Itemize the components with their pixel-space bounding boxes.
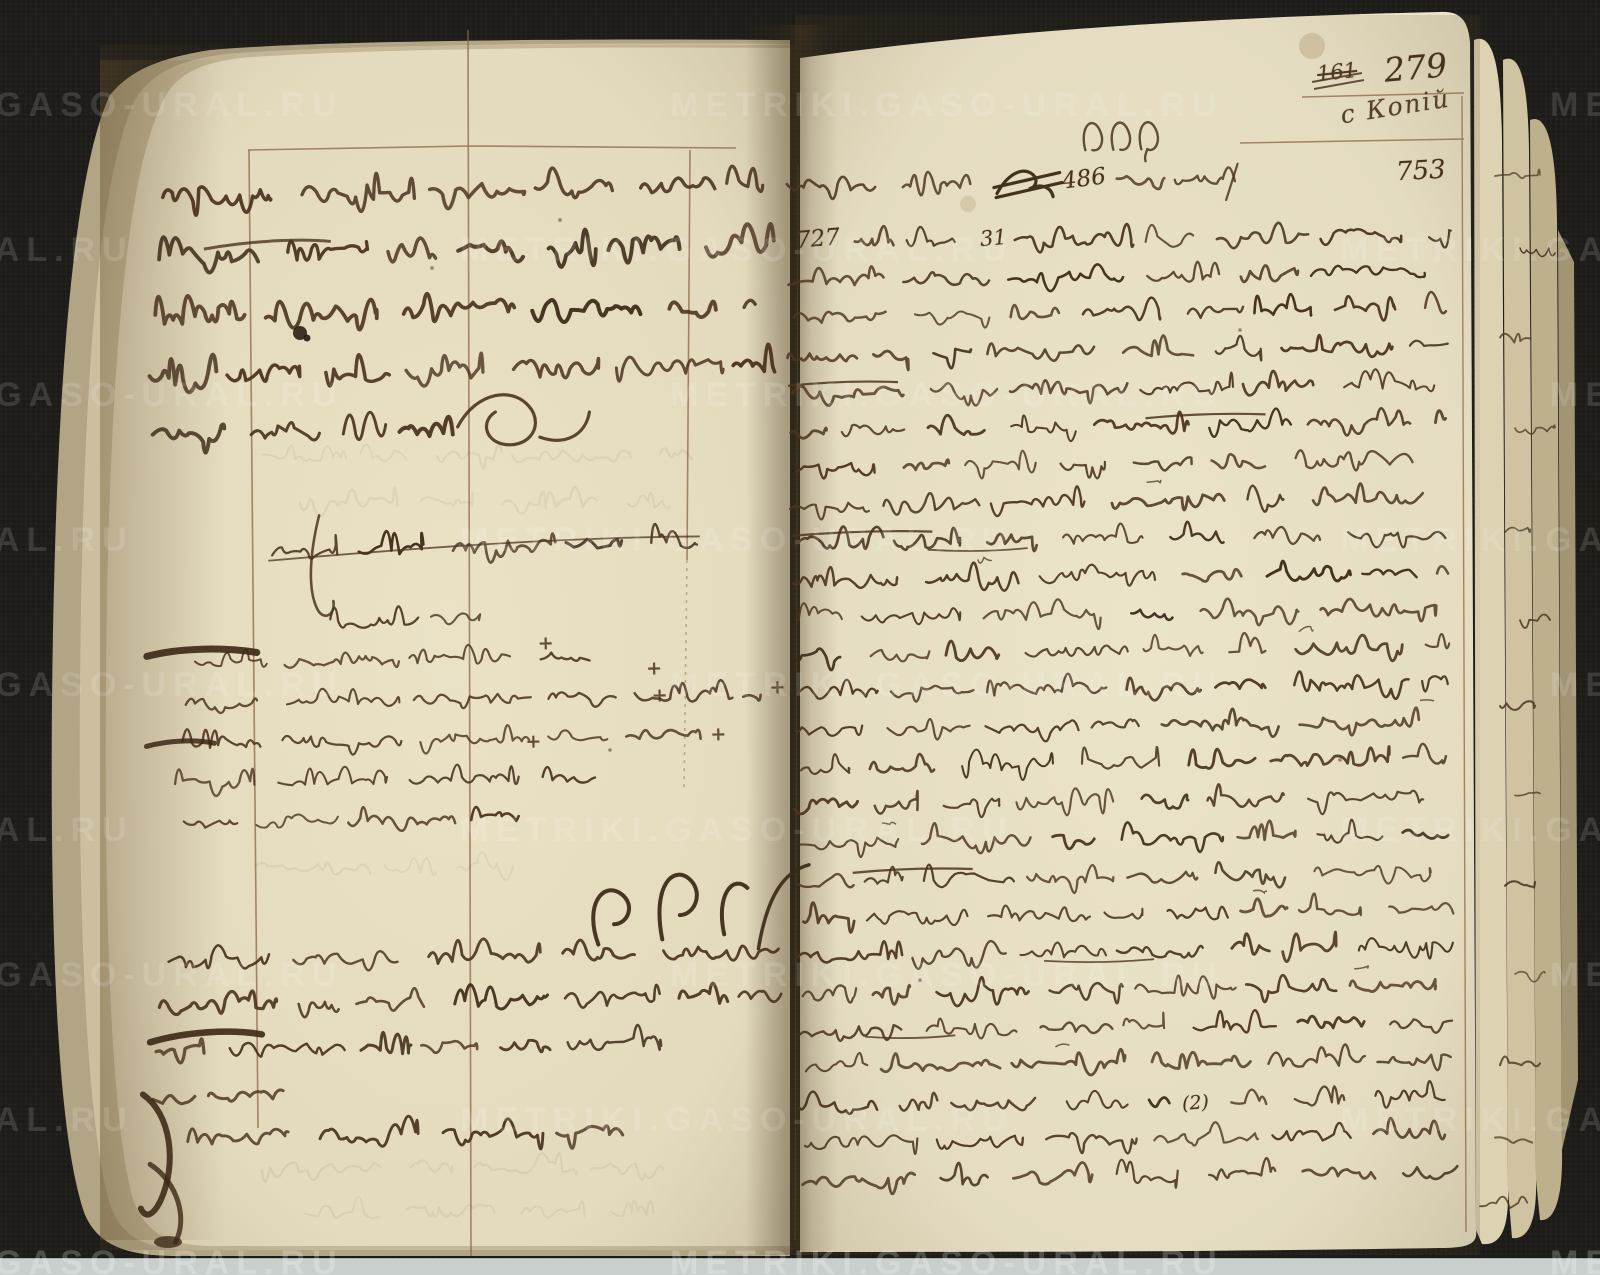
right-page-aging xyxy=(795,15,1480,1255)
page-number: 279 xyxy=(1382,45,1448,89)
speck xyxy=(1238,328,1242,332)
day-number: 31 xyxy=(979,225,1008,251)
ink-blot xyxy=(154,1236,182,1248)
stain xyxy=(960,196,976,212)
table-surface-strip xyxy=(0,1258,1600,1275)
speck xyxy=(608,748,612,752)
protocol-number: 486 xyxy=(1061,163,1108,194)
inline-number: (2) xyxy=(1181,1091,1209,1115)
year-number: 727 xyxy=(795,224,841,254)
speck xyxy=(430,266,434,270)
stain xyxy=(1299,33,1325,59)
speck xyxy=(918,978,922,982)
book-pages xyxy=(52,12,1578,1256)
secondary-page-number: 753 xyxy=(1395,155,1446,188)
ink-blot xyxy=(304,335,311,342)
manuscript-scan: 161 279 с Копій 753 486 727 31 (2) METRI… xyxy=(0,0,1600,1275)
book-spread xyxy=(0,0,1600,1275)
speck xyxy=(558,218,562,222)
speck xyxy=(1338,758,1342,762)
crossed-page-number: 161 xyxy=(1316,58,1358,86)
